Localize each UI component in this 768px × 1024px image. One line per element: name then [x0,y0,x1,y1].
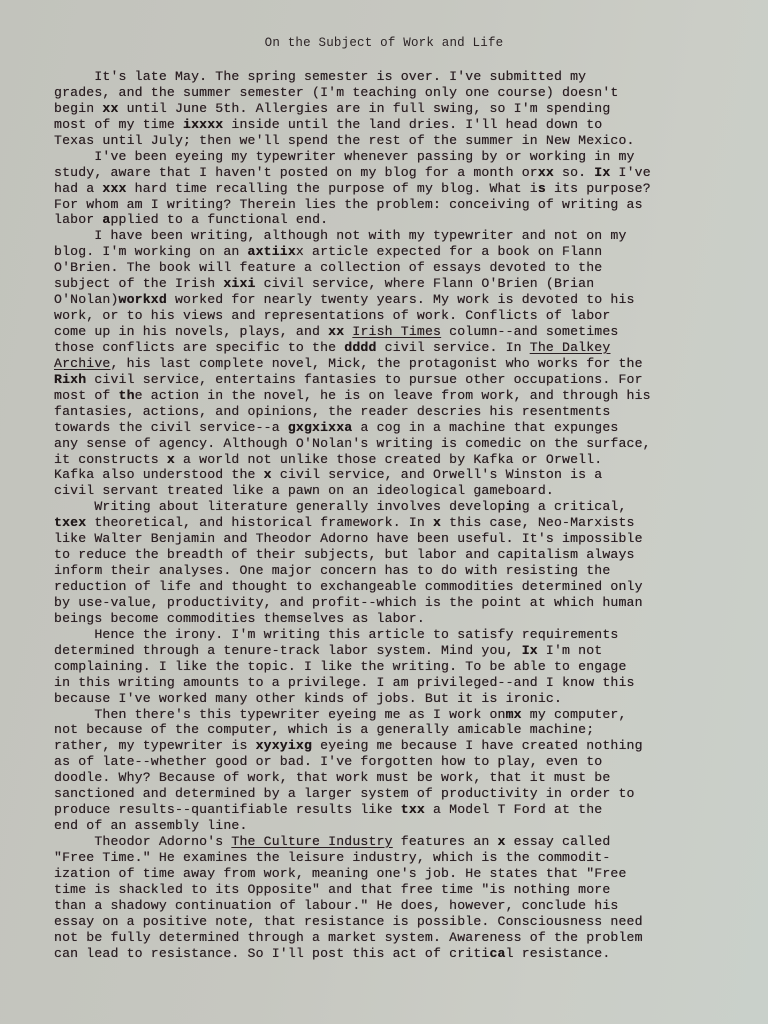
text-run: I've [610,165,650,180]
text-run: study, aware that I haven't posted on my… [54,165,538,180]
text-line: begin xx until June 5th. Allergies are i… [54,101,754,117]
struck-over-text: s [538,181,546,196]
text-line: those conflicts are specific to the dddd… [54,340,754,356]
text-run: those conflicts are specific to the [54,340,344,355]
text-run: hard time recalling the purpose of my bl… [127,181,538,196]
text-run: inside until the land dries. I'll head d… [223,117,602,132]
text-line: blog. I'm working on an axtiixx article … [54,244,754,260]
text-run: civil service, and Orwell's Winston is a [272,467,603,482]
text-run: O'Brien. The book will feature a collect… [54,260,602,275]
struck-over-text: xx [538,165,554,180]
struck-over-text: x [264,467,272,482]
struck-over-text: ca [489,946,505,961]
text-run: sanctioned and determined by a larger sy… [54,786,635,801]
text-run: because I've worked many other kinds of … [54,691,562,706]
text-line: work, or to his views and representation… [54,308,754,324]
text-run: worked for nearly twenty years. My work … [167,292,635,307]
struck-over-text: xx [328,324,344,339]
text-run: features an [393,834,498,849]
struck-over-text: xixi [223,276,255,291]
struck-over-text: xx [102,101,118,116]
text-line: "Free Time." He examines the leisure ind… [54,850,754,866]
text-run: theoretical, and historical framework. I… [86,515,433,530]
text-run: this case, Neo-Marxists [441,515,635,530]
struck-over-text: xxx [102,181,126,196]
text-run: most of [54,388,119,403]
text-run: had a [54,181,102,196]
struck-over-text: Rixh [54,372,86,387]
text-run: as of late--whether good or bad. I've fo… [54,754,602,769]
text-run: "Free Time." He examines the leisure ind… [54,850,610,865]
text-run: column--and sometimes [441,324,618,339]
text-line: than a shadowy continuation of labour." … [54,898,754,914]
text-run: not because of the computer, which is a … [54,722,594,737]
text-line: Kafka also understood the x civil servic… [54,467,754,483]
text-line: fantasies, actions, and opinions, the re… [54,404,754,420]
text-line: essay on a positive note, that resistanc… [54,914,754,930]
text-run: fantasies, actions, and opinions, the re… [54,404,610,419]
typewritten-page: On the Subject of Work and Life It's lat… [0,0,768,1024]
text-line: Texas until July; then we'll spend the r… [54,133,754,149]
text-run: beings become commodities themselves as … [54,611,425,626]
text-run: most of my time [54,117,183,132]
text-run: Writing about literature generally invol… [54,499,506,514]
text-line: beings become commodities themselves as … [54,611,754,627]
text-line: reduction of life and thought to exchang… [54,579,754,595]
text-run: e action in the novel, he is on leave fr… [135,388,651,403]
text-line: I have been writing, although not with m… [54,228,754,244]
text-run: civil service. In [377,340,530,355]
text-run: it constructs [54,452,167,467]
text-run: a Model T Ford at the [425,802,602,817]
struck-over-text: dddd [344,340,376,355]
text-line: rather, my typewriter is xyxyixg eyeing … [54,738,754,754]
underlined-title: Irish Times [352,324,441,339]
struck-over-text: mx [506,707,522,722]
text-line: grades, and the summer semester (I'm tea… [54,85,754,101]
struck-over-text: ixxxx [183,117,223,132]
text-run: Then there's this typewriter eyeing me a… [54,707,506,722]
text-run: any sense of agency. Although O'Nolan's … [54,436,651,451]
struck-over-text: txex [54,515,86,530]
struck-over-text: Ix [594,165,610,180]
text-run: civil servant treated like a pawn on an … [54,483,554,498]
text-run: It's late May. The spring semester is ov… [54,69,586,84]
text-line: had a xxx hard time recalling the purpos… [54,181,754,197]
text-line: because I've worked many other kinds of … [54,691,754,707]
text-run: I've been eyeing my typewriter whenever … [54,149,635,164]
text-line: to reduce the breadth of their subjects,… [54,547,754,563]
text-line: ization of time away from work, meaning … [54,866,754,882]
text-line: most of the action in the novel, he is o… [54,388,754,404]
underlined-title: Archive [54,356,110,371]
text-line: inform their analyses. One major concern… [54,563,754,579]
text-line: produce results--quantifiable results li… [54,802,754,818]
text-run: end of an assembly line. [54,818,248,833]
text-run: doodle. Why? Because of work, that work … [54,770,610,785]
text-line: not be fully determined through a market… [54,930,754,946]
text-line: not because of the computer, which is a … [54,722,754,738]
text-run: grades, and the summer semester (I'm tea… [54,85,618,100]
text-line: sanctioned and determined by a larger sy… [54,786,754,802]
text-run: produce results--quantifiable results li… [54,802,401,817]
text-line: O'Brien. The book will feature a collect… [54,260,754,276]
text-line: by use-value, productivity, and profit--… [54,595,754,611]
text-run: civil service, entertains fantasies to p… [86,372,642,387]
text-run: subject of the Irish [54,276,223,291]
text-line: time is shackled to its Opposite" and th… [54,882,754,898]
text-line: txex theoretical, and historical framewo… [54,515,754,531]
text-run: determined through a tenure-track labor … [54,643,522,658]
text-run: like Walter Benjamin and Theodor Adorno … [54,531,643,546]
text-run: ng a critical, [514,499,627,514]
text-run: l resistance. [506,946,611,961]
struck-over-text: i [506,499,514,514]
text-run: x article expected for a book on Flann [296,244,602,259]
struck-over-text: x [167,452,175,467]
text-line: determined through a tenure-track labor … [54,643,754,659]
text-run: I'm not [538,643,603,658]
text-run: by use-value, productivity, and profit--… [54,595,643,610]
text-run: labor [54,212,102,227]
text-run: reduction of life and thought to exchang… [54,579,643,594]
text-line: I've been eyeing my typewriter whenever … [54,149,754,165]
document-title: On the Subject of Work and Life [0,36,768,50]
text-line: in this writing amounts to a privilege. … [54,675,754,691]
struck-over-text: th [119,388,135,403]
text-run: my computer, [522,707,627,722]
text-run: complaining. I like the topic. I like th… [54,659,627,674]
text-line: subject of the Irish xixi civil service,… [54,276,754,292]
text-run: rather, my typewriter is [54,738,256,753]
text-line: O'Nolan)workxd worked for nearly twenty … [54,292,754,308]
underlined-title: The Culture Industry [231,834,392,849]
text-run: so. [554,165,594,180]
text-line: as of late--whether good or bad. I've fo… [54,754,754,770]
text-run: work, or to his views and representation… [54,308,610,323]
text-run: its purpose? [546,181,651,196]
text-run: can lead to resistance. So I'll post thi… [54,946,489,961]
text-run: not be fully determined through a market… [54,930,643,945]
text-line: study, aware that I haven't posted on my… [54,165,754,181]
text-run: Theodor Adorno's [54,834,231,849]
struck-over-text: txx [401,802,425,817]
text-line: civil servant treated like a pawn on an … [54,483,754,499]
text-line: Archive, his last complete novel, Mick, … [54,356,754,372]
text-run: Hence the irony. I'm writing this articl… [54,627,618,642]
text-line: it constructs x a world not unlike those… [54,452,754,468]
text-line: Then there's this typewriter eyeing me a… [54,707,754,723]
text-run: come up in his novels, plays, and [54,324,328,339]
text-run: than a shadowy continuation of labour." … [54,898,618,913]
underlined-title: The Dalkey [530,340,611,355]
text-line: For whom am I writing? Therein lies the … [54,197,754,213]
struck-over-text: xyxyixg [256,738,312,753]
text-line: come up in his novels, plays, and xx Iri… [54,324,754,340]
text-run: a world not unlike those created by Kafk… [175,452,602,467]
struck-over-text: x [433,515,441,530]
text-run: blog. I'm working on an [54,244,248,259]
text-run: civil service, where Flann O'Brien (Bria… [256,276,595,291]
text-line: Rixh civil service, entertains fantasies… [54,372,754,388]
text-run: essay called [506,834,611,849]
text-run: Kafka also understood the [54,467,264,482]
text-line: It's late May. The spring semester is ov… [54,69,754,85]
text-line: end of an assembly line. [54,818,754,834]
text-run: towards the civil service--a [54,420,288,435]
text-run: to reduce the breadth of their subjects,… [54,547,635,562]
struck-over-text: workxd [119,292,167,307]
text-run: essay on a positive note, that resistanc… [54,914,643,929]
text-run: O'Nolan) [54,292,119,307]
text-line: like Walter Benjamin and Theodor Adorno … [54,531,754,547]
text-line: most of my time ixxxx inside until the l… [54,117,754,133]
struck-over-text: Ix [522,643,538,658]
text-run: pplied to a functional end. [110,212,328,227]
text-line: Writing about literature generally invol… [54,499,754,515]
struck-over-text: x [498,834,506,849]
struck-over-text: axtiix [248,244,296,259]
text-line: doodle. Why? Because of work, that work … [54,770,754,786]
text-run: For whom am I writing? Therein lies the … [54,197,643,212]
text-line: towards the civil service--a gxgxixxa a … [54,420,754,436]
text-run: until June 5th. Allergies are in full sw… [119,101,611,116]
text-line: any sense of agency. Although O'Nolan's … [54,436,754,452]
text-line: Hence the irony. I'm writing this articl… [54,627,754,643]
text-run: time is shackled to its Opposite" and th… [54,882,610,897]
text-run: Texas until July; then we'll spend the r… [54,133,635,148]
text-run: a cog in a machine that expunges [352,420,618,435]
struck-over-text: gxgxixxa [288,420,353,435]
text-run: I have been writing, although not with m… [54,228,627,243]
text-line: can lead to resistance. So I'll post thi… [54,946,754,962]
text-run: in this writing amounts to a privilege. … [54,675,635,690]
document-body: It's late May. The spring semester is ov… [54,69,754,962]
text-run: begin [54,101,102,116]
text-run: , his last complete novel, Mick, the pro… [110,356,642,371]
text-run: inform their analyses. One major concern… [54,563,610,578]
text-run: eyeing me because I have created nothing [312,738,643,753]
text-line: Theodor Adorno's The Culture Industry fe… [54,834,754,850]
text-line: complaining. I like the topic. I like th… [54,659,754,675]
text-run: ization of time away from work, meaning … [54,866,627,881]
text-line: labor applied to a functional end. [54,212,754,228]
